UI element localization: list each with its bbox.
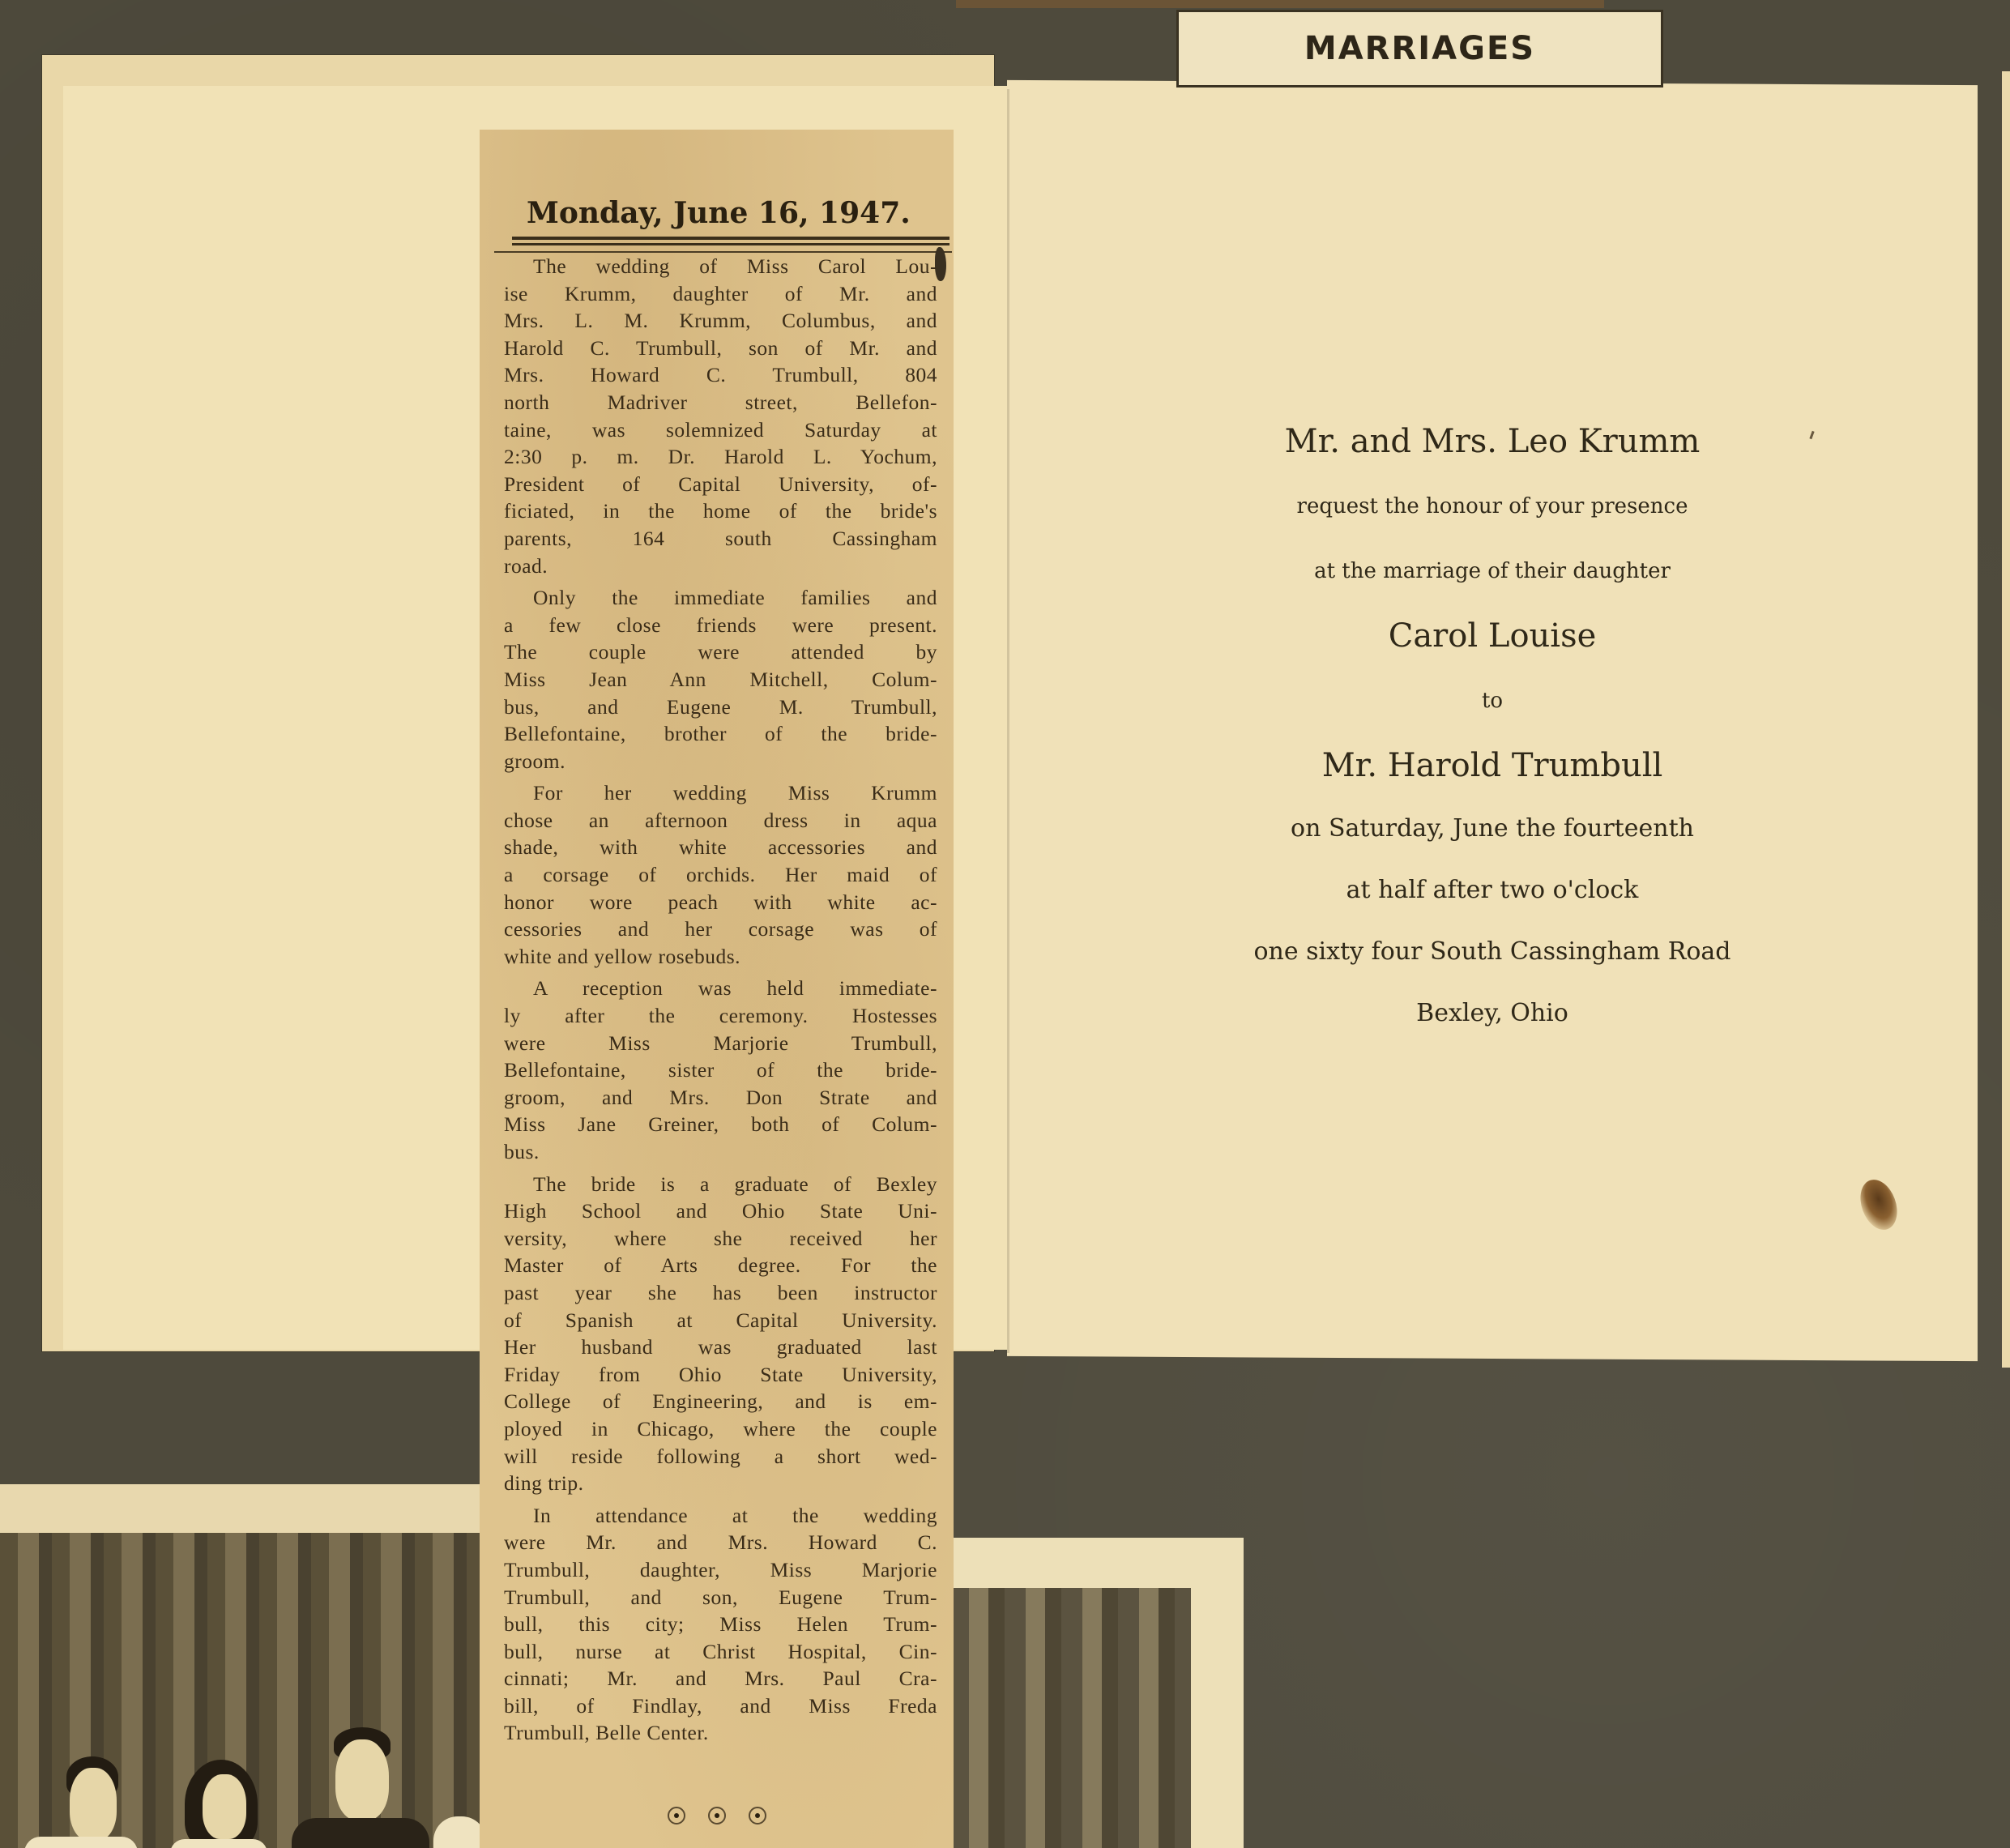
article-line: will reside following a short wed-	[504, 1443, 937, 1470]
adjacent-card-edge	[2002, 71, 2010, 1368]
article-line: Trumbull, and son, Eugene Trum-	[504, 1584, 937, 1611]
invitation-line: Mr. Harold Trumbull	[1007, 733, 1978, 798]
article-line: Her husband was graduated last	[504, 1334, 937, 1361]
article-paragraph: The bride is a graduate of BexleyHigh Sc…	[504, 1171, 937, 1497]
person-shirt	[170, 1839, 267, 1848]
article-line: Friday from Ohio State University,	[504, 1361, 937, 1389]
background-strip	[956, 0, 1604, 8]
article-line: cinnati; Mr. and Mrs. Paul Cra-	[504, 1665, 937, 1692]
article-line: Bellefontaine, brother of the bride-	[504, 720, 937, 748]
article-line: versity, where she received her	[504, 1225, 937, 1253]
section-label-text: MARRIAGES	[1304, 30, 1535, 67]
photo-image	[0, 1533, 486, 1848]
article-line: Mrs. L. M. Krumm, Columbus, and	[504, 307, 937, 335]
article-line: Bellefontaine, sister of the bride-	[504, 1056, 937, 1084]
end-ornament	[480, 1807, 954, 1829]
article-paragraph: The wedding of Miss Carol Lou-ise Krumm,…	[504, 253, 937, 579]
article-line: College of Engineering, and is em-	[504, 1388, 937, 1415]
clipping-rule	[512, 237, 950, 240]
clipping-article: The wedding of Miss Carol Lou-ise Krumm,…	[504, 253, 937, 1752]
article-line: ding trip.	[504, 1470, 937, 1497]
article-line: The bride is a graduate of Bexley	[504, 1171, 937, 1198]
article-line: The wedding of Miss Carol Lou-	[504, 253, 937, 280]
article-line: bull, nurse at Christ Hospital, Cin-	[504, 1638, 937, 1666]
article-line: past year she has been instructor	[504, 1279, 937, 1307]
invitation-line: Bexley, Ohio	[1007, 983, 1978, 1044]
invitation-line: on Saturday, June the fourteenth	[1007, 798, 1978, 860]
article-line: Trumbull, daughter, Miss Marjorie	[504, 1556, 937, 1584]
article-line: ly after the ceremony. Hostesses	[504, 1002, 937, 1030]
person-face	[70, 1768, 117, 1841]
person-shirt	[24, 1837, 138, 1848]
ornament-dot-icon	[668, 1807, 685, 1825]
article-paragraph: A reception was held immediate-ly after …	[504, 975, 937, 1165]
newspaper-clipping: Monday, June 16, 1947. The wedding of Mi…	[480, 130, 954, 1848]
article-line: taine, was solemnized Saturday at	[504, 416, 937, 444]
article-line: Mrs. Howard C. Trumbull, 804	[504, 361, 937, 389]
article-line: groom, and Mrs. Don Strate and	[504, 1084, 937, 1112]
person-face	[335, 1739, 389, 1820]
article-line: The couple were attended by	[504, 638, 937, 666]
article-line: parents, 164 south Cassingham	[504, 525, 937, 553]
article-line: Only the immediate families and	[504, 584, 937, 612]
article-line: bill, of Findlay, and Miss Freda	[504, 1692, 937, 1720]
article-line: Miss Jean Ann Mitchell, Colum-	[504, 666, 937, 694]
article-line: white and yellow rosebuds.	[504, 943, 937, 971]
invitation-line: request the honour of your presence	[1007, 474, 1978, 539]
article-line: shade, with white accessories and	[504, 834, 937, 861]
photo-right	[948, 1538, 1244, 1848]
ornament-dot-icon	[749, 1807, 766, 1825]
article-line: honor wore peach with white ac-	[504, 889, 937, 916]
article-line: Trumbull, Belle Center.	[504, 1719, 937, 1747]
article-line: A reception was held immediate-	[504, 975, 937, 1002]
article-line: bus, and Eugene M. Trumbull,	[504, 694, 937, 721]
article-line: Miss Jane Greiner, both of Colum-	[504, 1111, 937, 1138]
article-line: road.	[504, 553, 937, 580]
ornament-dot-icon	[708, 1807, 726, 1825]
person-shirt	[433, 1816, 486, 1848]
article-line: 2:30 p. m. Dr. Harold L. Yochum,	[504, 443, 937, 471]
article-line: ise Krumm, daughter of Mr. and	[504, 280, 937, 308]
article-line: were Mr. and Mrs. Howard C.	[504, 1529, 937, 1556]
article-line: President of Capital University, of-	[504, 471, 937, 498]
article-line: bus.	[504, 1138, 937, 1166]
article-line: were Miss Marjorie Trumbull,	[504, 1030, 937, 1057]
article-paragraph: In attendance at the weddingwere Mr. and…	[504, 1502, 937, 1747]
article-line: a few close friends were present.	[504, 612, 937, 639]
invitation-line: to	[1007, 668, 1978, 733]
person-shirt	[292, 1818, 429, 1848]
article-line: Master of Arts degree. For the	[504, 1252, 937, 1279]
invitation-line: Carol Louise	[1007, 604, 1978, 668]
article-line: Harold C. Trumbull, son of Mr. and	[504, 335, 937, 362]
person-face	[203, 1774, 246, 1839]
article-line: High School and Ohio State Uni-	[504, 1197, 937, 1225]
article-line: chose an afternoon dress in aqua	[504, 807, 937, 834]
article-line: bull, this city; Miss Helen Trum-	[504, 1611, 937, 1638]
article-line: In attendance at the wedding	[504, 1502, 937, 1530]
article-paragraph: Only the immediate families anda few clo…	[504, 584, 937, 775]
photo-image	[948, 1588, 1191, 1848]
article-line: ficiated, in the home of the bride's	[504, 497, 937, 525]
article-line: of Spanish at Capital University.	[504, 1307, 937, 1334]
invitation-text: Mr. and Mrs. Leo Krummrequest the honour…	[1007, 409, 1978, 1044]
article-line: north Madriver street, Bellefon-	[504, 389, 937, 416]
invitation-line: Mr. and Mrs. Leo Krumm	[1007, 409, 1978, 474]
clipping-date: Monday, June 16, 1947.	[527, 196, 948, 230]
group-photo-left	[0, 1484, 486, 1848]
article-line: a corsage of orchids. Her maid of	[504, 861, 937, 889]
article-line: cessories and her corsage was of	[504, 915, 937, 943]
clipping-rule	[512, 243, 950, 245]
article-paragraph: For her wedding Miss Krummchose an after…	[504, 779, 937, 970]
article-line: For her wedding Miss Krumm	[504, 779, 937, 807]
section-label: MARRIAGES	[1179, 12, 1661, 85]
article-line: ployed in Chicago, where the couple	[504, 1415, 937, 1443]
article-line: groom.	[504, 748, 937, 775]
invitation-line: at half after two o'clock	[1007, 860, 1978, 921]
invitation-line: one sixty four South Cassingham Road	[1007, 921, 1978, 983]
invitation-line: at the marriage of their daughter	[1007, 539, 1978, 604]
